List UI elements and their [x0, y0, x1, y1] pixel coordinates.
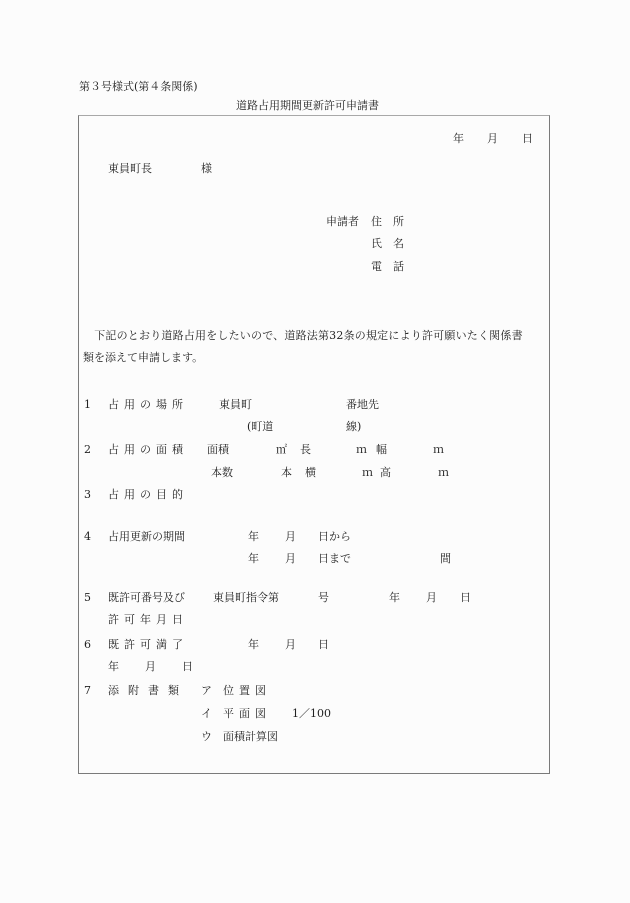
item-2-length-label: 長: [300, 443, 311, 457]
item-5-number: 5: [84, 591, 91, 605]
item-4-number: 4: [84, 530, 91, 544]
attachment-c-marker: ウ: [201, 730, 212, 744]
item-2-horizontal-unit: ｍ: [362, 466, 373, 480]
item-4-from-day: 日から: [318, 530, 351, 544]
item-2-sqm-unit: ㎡: [276, 443, 287, 457]
item-7-number: 7: [84, 684, 91, 698]
item-1-road-prefix: (町道: [247, 420, 273, 434]
item-4-to-year: 年: [248, 552, 259, 566]
attachment-b-name: 平面図: [223, 707, 271, 721]
item-4-label: 占用更新の期間: [108, 530, 185, 544]
item-4-to-day: 日まで: [318, 552, 351, 566]
item-6-label-day: 日: [182, 660, 193, 674]
item-5-day: 日: [460, 591, 471, 605]
applicant-phone-label: 電 話: [371, 260, 404, 274]
item-6-month: 月: [285, 638, 296, 652]
item-5-directive: 東員町指令第: [213, 591, 279, 605]
applicant-name-label: 氏 名: [371, 237, 404, 251]
item-2-width-unit: ｍ: [433, 443, 444, 457]
item-2-number: 2: [84, 443, 91, 457]
item-2-length-unit: ｍ: [356, 443, 367, 457]
form-number: 第３号様式(第４条関係): [79, 80, 198, 94]
item-6-label-month: 月: [145, 660, 156, 674]
date-month: 月: [487, 132, 498, 146]
item-2-width-label: 幅: [376, 443, 387, 457]
item-5-year: 年: [389, 591, 400, 605]
date-day: 日: [522, 132, 533, 146]
item-2-count-label: 本数: [211, 466, 233, 480]
date-year: 年: [453, 132, 464, 146]
item-2-label: 占用の面積: [108, 443, 188, 457]
item-6-label-year: 年: [108, 660, 119, 674]
attachment-b-marker: イ: [201, 707, 212, 721]
item-1-town: 東員町: [219, 398, 252, 412]
attachment-c-name: 面積計算図: [223, 730, 278, 744]
item-7-label: 添附書類: [108, 684, 188, 698]
item-5-month: 月: [426, 591, 437, 605]
item-3-number: 3: [84, 488, 91, 502]
body-text-line2: 類を添えて申請します。: [83, 351, 203, 365]
document-title: 道路占用期間更新許可申請書: [236, 99, 379, 113]
item-4-to-month: 月: [285, 552, 296, 566]
item-3-label: 占用の目的: [108, 488, 188, 502]
item-2-count-unit: 本: [281, 466, 292, 480]
item-4-from-month: 月: [285, 530, 296, 544]
item-6-label: 既許可満了: [108, 638, 188, 652]
item-6-number: 6: [84, 638, 91, 652]
item-1-road-suffix: 線): [346, 420, 361, 434]
item-5-label-line2: 許可年月日: [108, 613, 188, 627]
item-5-go: 号: [318, 591, 329, 605]
item-6-year: 年: [248, 638, 259, 652]
attachment-a-marker: ア: [201, 684, 212, 698]
attachment-b-scale: 1／100: [292, 707, 331, 721]
applicant-address-label: 住 所: [371, 215, 404, 229]
item-2-height-label: 高: [380, 466, 391, 480]
applicant-label: 申請者: [326, 215, 359, 229]
body-text-line1: 下記のとおり道路占用をしたいので、道路法第32条の規定により許可願いたく関係書: [83, 329, 523, 343]
item-4-from-year: 年: [248, 530, 259, 544]
item-1-number: 1: [84, 398, 91, 412]
addressee-honorific: 様: [201, 162, 212, 176]
addressee-name: 東員町長: [108, 162, 152, 176]
item-4-duration: 間: [440, 552, 451, 566]
attachment-a-name: 位置図: [223, 684, 271, 698]
item-5-label: 既許可番号及び: [108, 591, 185, 605]
item-2-area-label: 面積: [207, 443, 229, 457]
item-1-label: 占用の場所: [108, 398, 188, 412]
item-2-horizontal-label: 横: [305, 466, 316, 480]
item-2-height-unit: ｍ: [438, 466, 449, 480]
item-6-day: 日: [318, 638, 329, 652]
item-1-address-suffix: 番地先: [346, 398, 379, 412]
